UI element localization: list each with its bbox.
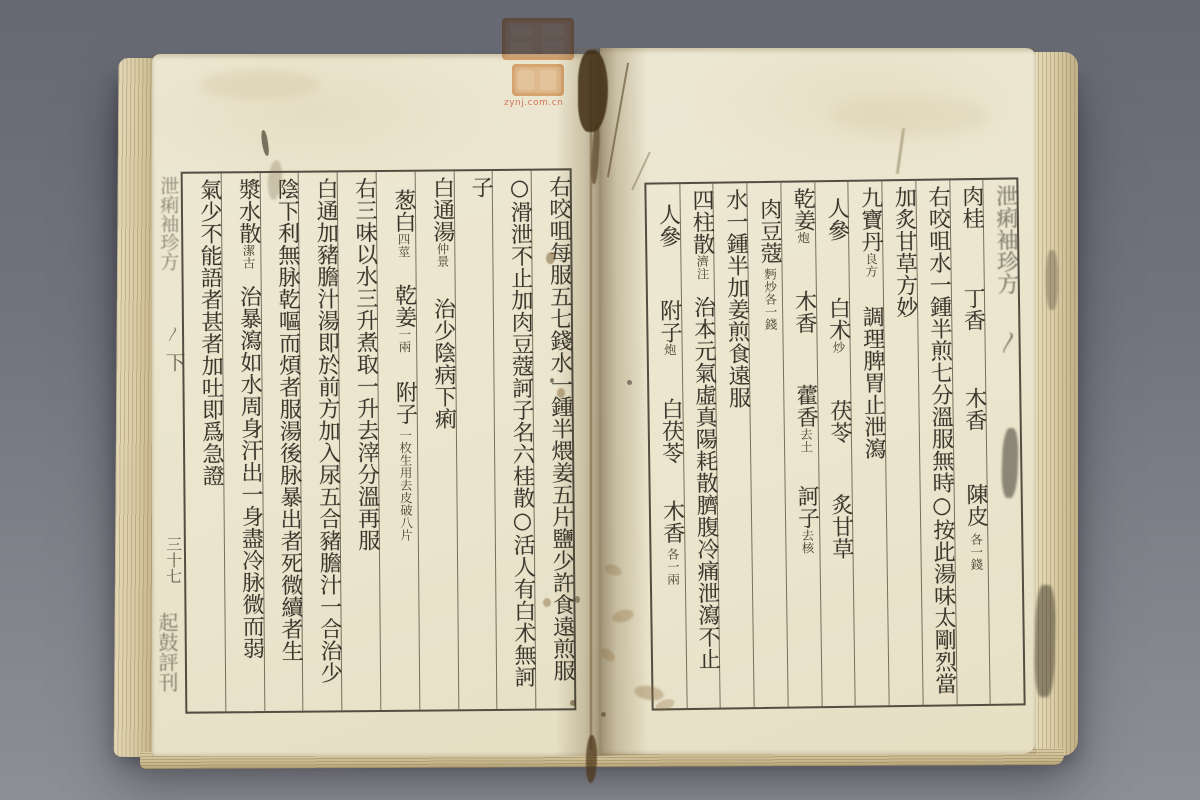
text-run: 漿水散 [235,178,261,244]
right-page-columns: 泄痢袖珍方〳肉桂丁香木香陳皮各一錢右咬咀水一鍾半煎七分溫服無時○按此湯味太剛烈當… [646,179,1023,708]
text-column: 泄痢袖珍方〳 [984,179,1024,703]
page-number: 三十七 [164,536,182,584]
text-frame-right: 泄痢袖珍方〳肉桂丁香木香陳皮各一錢右咬咀水一鍾半煎七分溫服無時○按此湯味太剛烈當… [644,177,1025,710]
text-run: 木香 [961,387,987,431]
text-run: 右咬咀每服五七錢水一鍾半煨姜五片鹽少許食遠煎服 [546,175,575,681]
text-run: 肉豆蔻 [756,198,782,264]
column-gap [701,280,703,296]
text-run: 水一鍾半加姜煎食遠服 [723,188,751,408]
watermark-seal-bottom [512,64,564,96]
text-column: 陰下利無脉乾嘔而煩者服湯後脉暴出者死微續者生 [260,173,303,711]
text-run: 九寶丹 [857,186,883,252]
text-frame-left: 右咬咀每服五七錢水一鍾半煨姜五片鹽少許食遠煎服○滑泄不止加肉豆蔻訶子名六桂散○活… [181,168,577,713]
text-run: 各一兩 [665,548,681,586]
text-run: 調理脾胃止泄瀉 [859,305,886,459]
column-gap [870,277,872,305]
column-gap [1005,295,1008,331]
text-column: 白通加豬膽汁湯即於前方加入尿五合豬膽汁一合治少 [299,172,342,710]
text-run: 仲景 [435,242,450,267]
text-run: 四莖 [396,233,411,258]
text-run: 木香 [791,290,817,334]
text-run: 潔古 [241,244,256,269]
colophon-mark: 起鼓評刊 [156,612,177,692]
text-run: 各一錢 [969,533,985,571]
text-run: 乾姜 [790,187,816,231]
text-run: 附子 [392,381,417,425]
column-gap [767,188,769,198]
watermark-url-text: zynj.com.cn [504,98,563,108]
text-run: 濟注 [695,255,710,280]
text-run: 乾姜 [391,284,416,328]
photo-background: 泄痢袖珍方〳肉桂丁香木香陳皮各一錢右咬咀水一鍾半煎七分溫服無時○按此湯味太剛烈當… [0,0,1200,800]
text-run: 一枚生用去皮破八片 [398,429,414,542]
column-gap [970,229,973,287]
text-run: 訶子 [794,485,820,529]
watermark-seal-top [502,18,574,60]
text-run: 子 [468,176,493,198]
column-gap [402,258,404,284]
column-gap [802,244,805,290]
text-run: 麪炒各一錢 [762,268,778,331]
column-gap [403,353,405,381]
column-gap [667,247,670,299]
text-run: 炮 [662,343,677,356]
text-column: 右咬咀每服五七錢水一鍾半煨姜五片鹽少許食遠煎服 [532,170,574,708]
text-run: 肉桂 [959,185,985,229]
text-column: 氣少不能語者甚者加吐即爲急證 [183,173,226,711]
watermark-seal: zynj.com.cn [496,12,582,108]
column-gap [247,269,249,285]
page-edge-stack-right [1034,52,1078,756]
text-run: 木香 [659,500,685,544]
text-run: 治少陰病下痢 [430,297,456,429]
text-run: 加炙甘草方妙 [891,186,918,318]
column-gap [837,353,840,399]
column-gap [441,267,443,297]
column-gap [670,464,673,500]
text-column: 白通湯仲景治少陰病下痢 [415,171,458,709]
fold-strip-title: 泄痢袖珍方 [157,176,178,271]
text-run: 白术 [825,297,851,341]
column-gap [972,331,975,387]
column-gap [805,453,807,485]
column-gap [973,431,976,483]
text-column: 子 [454,171,497,709]
text-run: 炙甘草 [828,493,854,559]
column-gap [666,189,668,203]
column-gap [668,356,671,398]
column-gap [835,187,837,197]
text-run: 泄痢袖珍方 [992,184,1019,294]
text-run: 右三味以水三升煮取一升去滓分溫再服 [352,177,380,551]
fold-strip-slash-mark: 〳 [163,326,184,341]
text-run: 葱白 [391,189,416,233]
column-gap [835,241,838,297]
text-column: 右三味以水三升煮取一升去滓分溫再服 [338,172,381,710]
text-run: 一兩 [397,328,412,353]
text-run: 良方 [863,252,878,277]
text-run: 人參 [655,203,681,247]
text-run: 去核 [800,529,815,554]
text-run: 茯苓 [827,399,853,443]
gutter-fold-line [590,60,592,750]
text-column: 漿水散潔古治暴瀉如水周身汗出一身盡冷脉微而弱 [221,173,264,711]
text-run: 陳皮 [963,483,989,527]
left-page-columns: 右咬咀每服五七錢水一鍾半煨姜五片鹽少許食遠煎服○滑泄不止加肉豆蔻訶子名六桂散○活… [183,170,575,711]
text-run: 氣少不能語者甚者加吐即爲急證 [197,178,225,486]
text-run: 治暴瀉如水周身汗出一身盡冷脉微而弱 [236,285,264,659]
text-column: ○滑泄不止加肉豆蔻訶子名六桂散○活人有白术無訶 [493,171,536,709]
text-run: 炮 [796,231,811,244]
text-run: 四柱散 [689,189,715,255]
text-run: 去土 [798,428,813,453]
text-run: 白通湯 [429,176,455,242]
text-run: 藿香 [793,384,819,428]
text-run: 人參 [824,197,850,241]
text-run: 〳 [994,330,1019,352]
volume-label: 下 [160,352,189,372]
column-gap [402,177,404,189]
text-run: 炒 [831,341,846,354]
text-column: 葱白四莖乾姜一兩附子一枚生用去皮破八片 [377,172,420,710]
column-gap [803,334,806,384]
text-run: 白茯苓 [658,398,684,464]
text-run: 附子 [657,299,683,343]
text-run: 丁香 [960,287,986,331]
column-gap [838,443,841,493]
